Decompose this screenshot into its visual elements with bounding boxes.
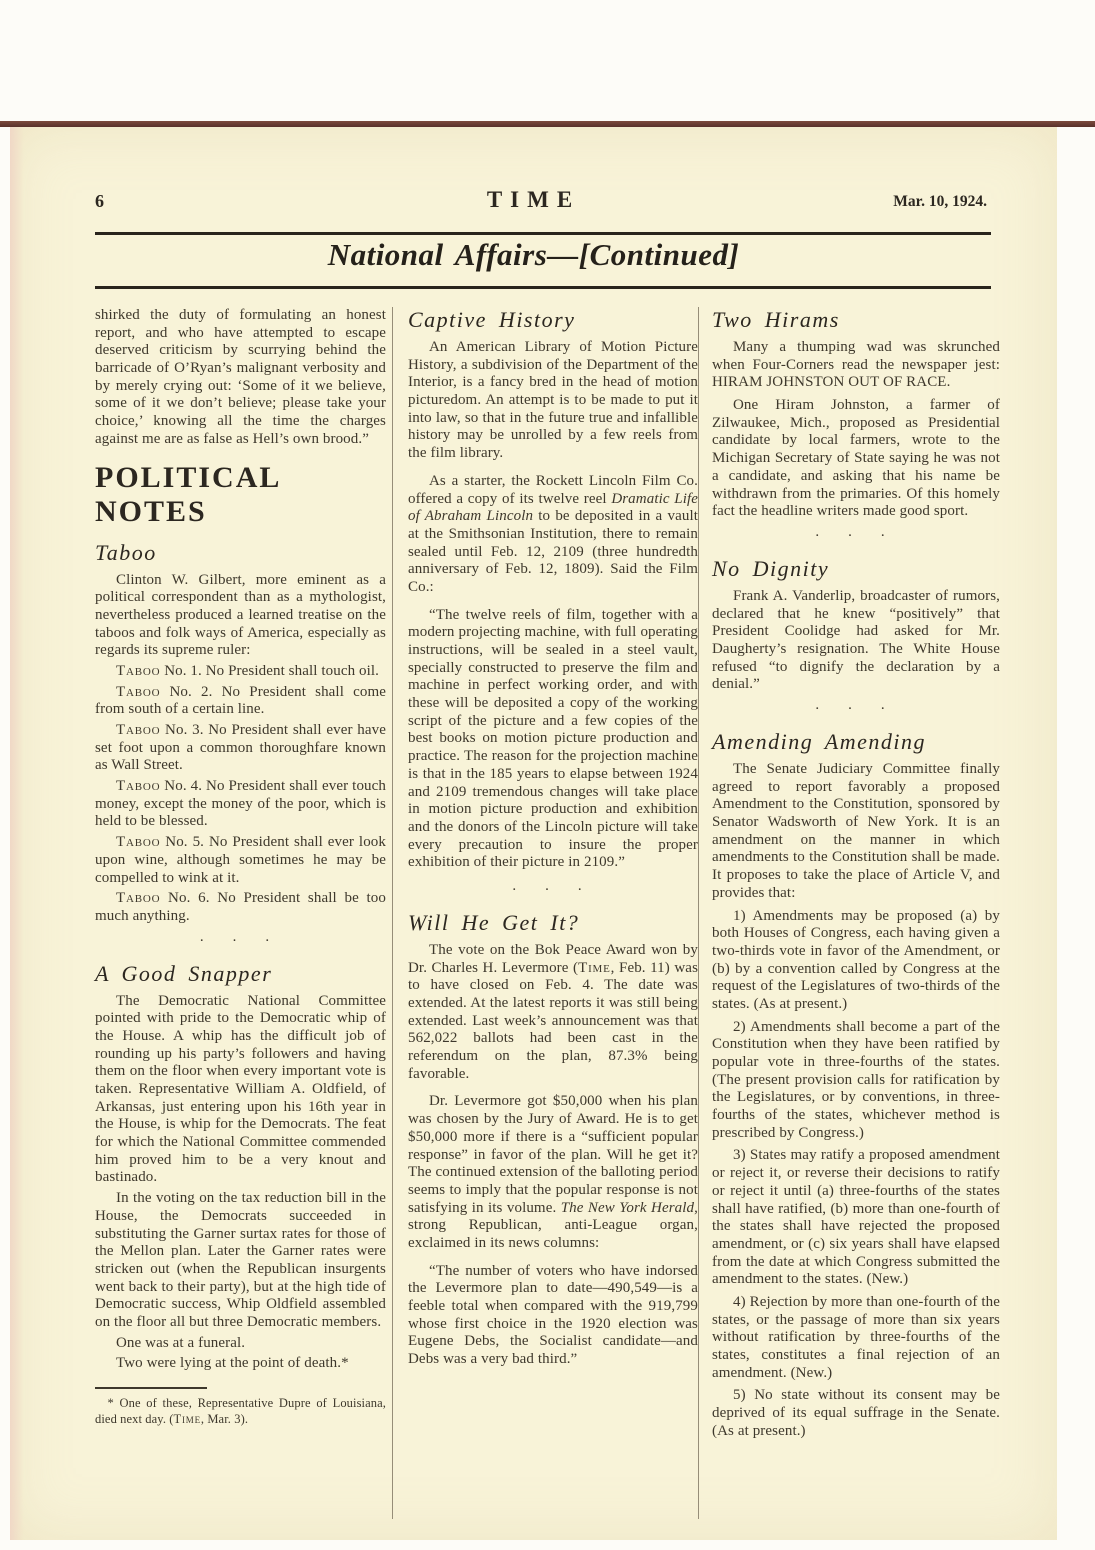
separator-dots: · · ·: [408, 882, 698, 899]
text-run: Frank A. Vanderlip, broadcaster of rumor…: [712, 588, 1000, 692]
article-title: No Dignity: [712, 556, 1000, 582]
paragraph: The Senate Judiciary Committee finally a…: [712, 761, 1000, 903]
text-run: Taboo: [116, 778, 160, 794]
article-title: Amending Amending: [712, 729, 1000, 755]
paragraph: An American Library of Motion Picture Hi…: [408, 339, 698, 463]
text-run: The New York Herald: [561, 1200, 694, 1216]
separator-dots: · · ·: [95, 933, 386, 950]
article-title: Will He Get It?: [408, 910, 698, 936]
issue-date: Mar. 10, 1924.: [893, 193, 987, 211]
paragraph: The vote on the Bok Peace Award won by D…: [408, 942, 698, 1084]
text-run: Dr. Levermore got $50,000 when his plan …: [408, 1093, 698, 1215]
text-run: 3) States may ratify a proposed amendmen…: [712, 1147, 1000, 1287]
paragraph: In the voting on the tax reduction bill …: [95, 1190, 386, 1332]
text-run: Taboo: [116, 834, 160, 850]
text-run: 1) Amendments may be proposed (a) by bot…: [712, 908, 1000, 1012]
article-title: Taboo: [95, 540, 386, 566]
text-run: Time: [174, 1412, 201, 1426]
paragraph: Frank A. Vanderlip, broadcaster of rumor…: [712, 588, 1000, 694]
paragraph: 3) States may ratify a proposed amendmen…: [712, 1147, 1000, 1289]
magazine-page: 6 TIME Mar. 10, 1924. National Affairs—[…: [10, 127, 1057, 1540]
text-run: 5) No state without its consent may be d…: [712, 1387, 1000, 1438]
column-1: shirked the duty of formulating an hones…: [95, 307, 386, 1427]
article-title: Two Hirams: [712, 307, 1000, 333]
text-run: “The twelve reels of film, together with…: [408, 607, 698, 871]
text-run: Two were lying at the point of death.*: [116, 1355, 349, 1371]
paragraph: Clinton W. Gilbert, more eminent as a po…: [95, 572, 386, 660]
text-run: , Mar. 3).: [201, 1412, 248, 1426]
page-left-edge-shadow: [10, 127, 24, 1540]
paragraph: One Hiram Johnston, a farmer of Zilwauke…: [712, 397, 1000, 521]
header-rule-top: [95, 232, 991, 235]
text-run: One was at a funeral.: [116, 1335, 245, 1351]
text-run: The Senate Judiciary Committee finally a…: [712, 761, 1000, 901]
text-run: Taboo: [116, 663, 160, 679]
text-run: An American Library of Motion Picture Hi…: [408, 339, 698, 461]
paragraph: Many a thumping wad was skrunched when F…: [712, 339, 1000, 392]
text-run: Taboo: [116, 684, 160, 700]
paragraph: “The twelve reels of film, together with…: [408, 607, 698, 872]
section-heading: POLITICAL NOTES: [95, 461, 386, 529]
text-run: In the voting on the tax reduction bill …: [95, 1190, 386, 1330]
paragraph: Taboo No. 6. No President shall be too m…: [95, 890, 386, 925]
footnote-rule: [95, 1387, 207, 1389]
paragraph: Taboo No. 5. No President shall ever loo…: [95, 834, 386, 887]
text-run: One Hiram Johnston, a farmer of Zilwauke…: [712, 397, 1000, 519]
paragraph: As a starter, the Rockett Lincoln Film C…: [408, 473, 698, 597]
paragraph: Taboo No. 3. No President shall ever hav…: [95, 722, 386, 775]
text-run: Taboo: [116, 722, 160, 738]
section-title: National Affairs—[Continued]: [10, 237, 1057, 273]
paragraph: 4) Rejection by more than one-fourth of …: [712, 1294, 1000, 1382]
header-rule-bottom: [95, 286, 991, 289]
column-2: Captive HistoryAn American Library of Mo…: [408, 307, 698, 1379]
article-title: A Good Snapper: [95, 961, 386, 987]
footnote: * One of these, Representative Dupre of …: [95, 1396, 386, 1427]
paragraph: shirked the duty of formulating an hones…: [95, 307, 386, 449]
text-run: 4) Rejection by more than one-fourth of …: [712, 1294, 1000, 1381]
text-run: , Feb. 11) was to have closed on Feb. 4.…: [408, 960, 698, 1082]
paragraph: 1) Amendments may be proposed (a) by bot…: [712, 908, 1000, 1014]
paragraph: The Democratic National Committee pointe…: [95, 993, 386, 1188]
column-divider: [698, 307, 699, 1519]
separator-dots: · · ·: [712, 528, 1000, 545]
text-run: The Democratic National Committee pointe…: [95, 993, 386, 1186]
paragraph: Taboo No. 1. No President shall touch oi…: [95, 663, 386, 681]
column-divider: [392, 307, 393, 1519]
text-run: 2) Amendments shall become a part of the…: [712, 1019, 1000, 1141]
paragraph: “The number of voters who have indorsed …: [408, 1263, 698, 1369]
paragraph: One was at a funeral.: [95, 1335, 386, 1353]
text-run: Many a thumping wad was skrunched when F…: [712, 339, 1000, 390]
paragraph: Taboo No. 4. No President shall ever tou…: [95, 778, 386, 831]
paragraph: 2) Amendments shall become a part of the…: [712, 1019, 1000, 1143]
paragraph: Dr. Levermore got $50,000 when his plan …: [408, 1093, 698, 1252]
column-3: Two HiramsMany a thumping wad was skrunc…: [712, 307, 1000, 1445]
text-run: No. 1. No President shall touch oil.: [160, 663, 379, 679]
text-run: “The number of voters who have indorsed …: [408, 1263, 698, 1367]
text-run: Time: [578, 960, 611, 976]
article-title: Captive History: [408, 307, 698, 333]
separator-dots: · · ·: [712, 701, 1000, 718]
paragraph: 5) No state without its consent may be d…: [712, 1387, 1000, 1440]
paragraph: Two were lying at the point of death.*: [95, 1355, 386, 1373]
text-run: Clinton W. Gilbert, more eminent as a po…: [95, 572, 386, 659]
text-run: Taboo: [116, 890, 160, 906]
paragraph: Taboo No. 2. No President shall come fro…: [95, 684, 386, 719]
text-run: shirked the duty of formulating an hones…: [95, 307, 386, 447]
